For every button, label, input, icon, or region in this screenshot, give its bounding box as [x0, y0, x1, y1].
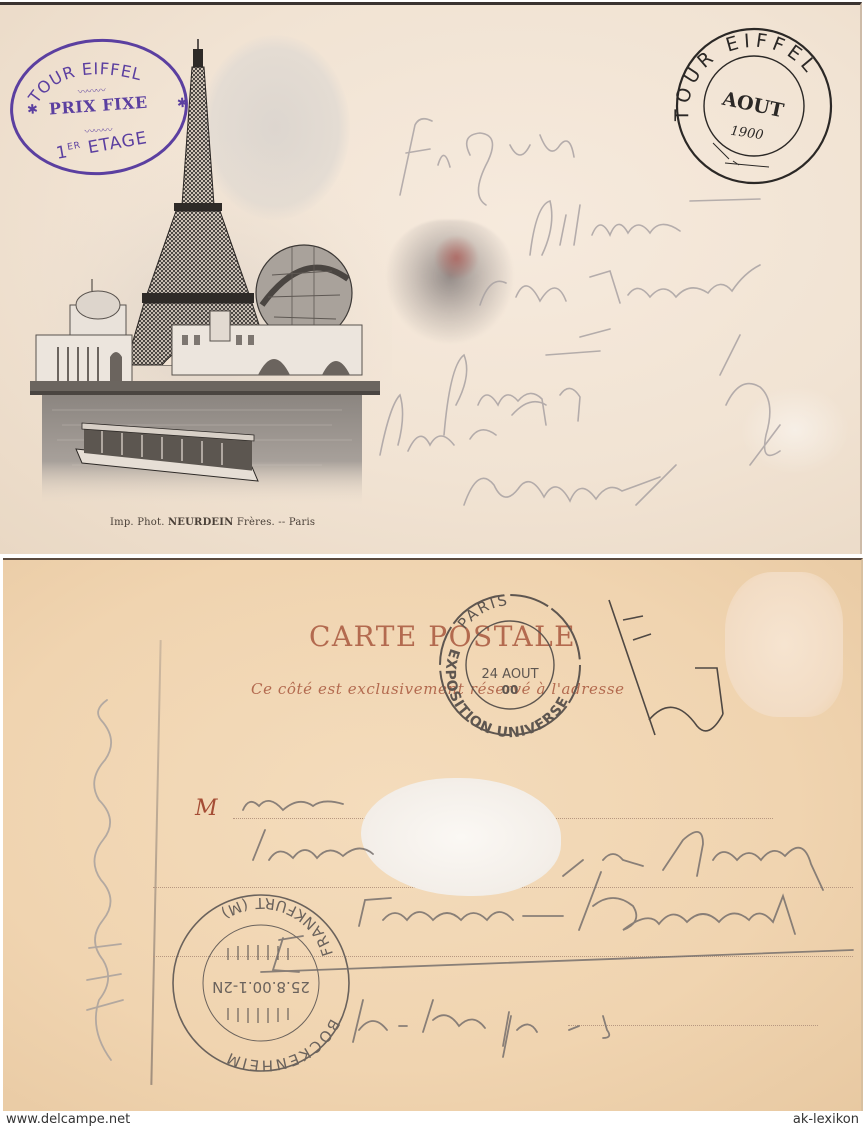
address-line-3: [153, 956, 853, 957]
address-line-4: [568, 1025, 818, 1026]
address-side-notice: Ce côté est exclusivement réservé à l'ad…: [251, 680, 625, 698]
svg-text:25.8.00.1-2N: 25.8.00.1-2N: [212, 978, 310, 996]
paper-damage-patch: [361, 778, 561, 896]
imprint-name: NEURDEIN: [168, 517, 234, 528]
tour-eiffel-prix-fixe-stamp: TOUR EIFFEL 〰〰〰 ✱ PRIX FIXE ✱ 〰〰〰 1ER ET…: [5, 33, 192, 181]
svg-text:BOCKENHEIM: BOCKENHEIM: [223, 1016, 344, 1075]
pencil-handwriting-message: [360, 105, 860, 554]
pencil-divider-line: [150, 640, 161, 1085]
photo-imprint-caption: Imp. Phot. NEURDEIN Frères. -- Paris: [110, 517, 315, 528]
etage-ordinal: ER: [67, 141, 82, 153]
ak-lexikon-watermark: ak-lexikon: [793, 1112, 859, 1127]
postcard-front: Imp. Phot. NEURDEIN Frères. -- Paris TOU…: [0, 2, 862, 554]
carte-postale-title: CARTE POSTALE: [309, 620, 576, 653]
delcampe-watermark[interactable]: www.delcampe.net: [6, 1112, 130, 1127]
imprint-suffix: Frères. -- Paris: [237, 517, 315, 528]
postcard-back: CARTE POSTALE Ce côté est exclusivement …: [3, 558, 863, 1111]
imprint-prefix: Imp. Phot.: [110, 517, 165, 528]
address-prefix: M: [195, 796, 218, 821]
stamp-removed-patch: [725, 572, 843, 717]
svg-text:FRANKFURT (M): FRANKFURT (M): [216, 894, 337, 958]
frankfurt-bockenheim-postmark: BOCKENHEIM FRANKFURT (M) 25.8.00.1-2N: [173, 894, 349, 1075]
star-icon: ✱: [27, 102, 39, 118]
star-icon: ✱: [176, 96, 188, 112]
flag-cancel: [609, 600, 723, 735]
